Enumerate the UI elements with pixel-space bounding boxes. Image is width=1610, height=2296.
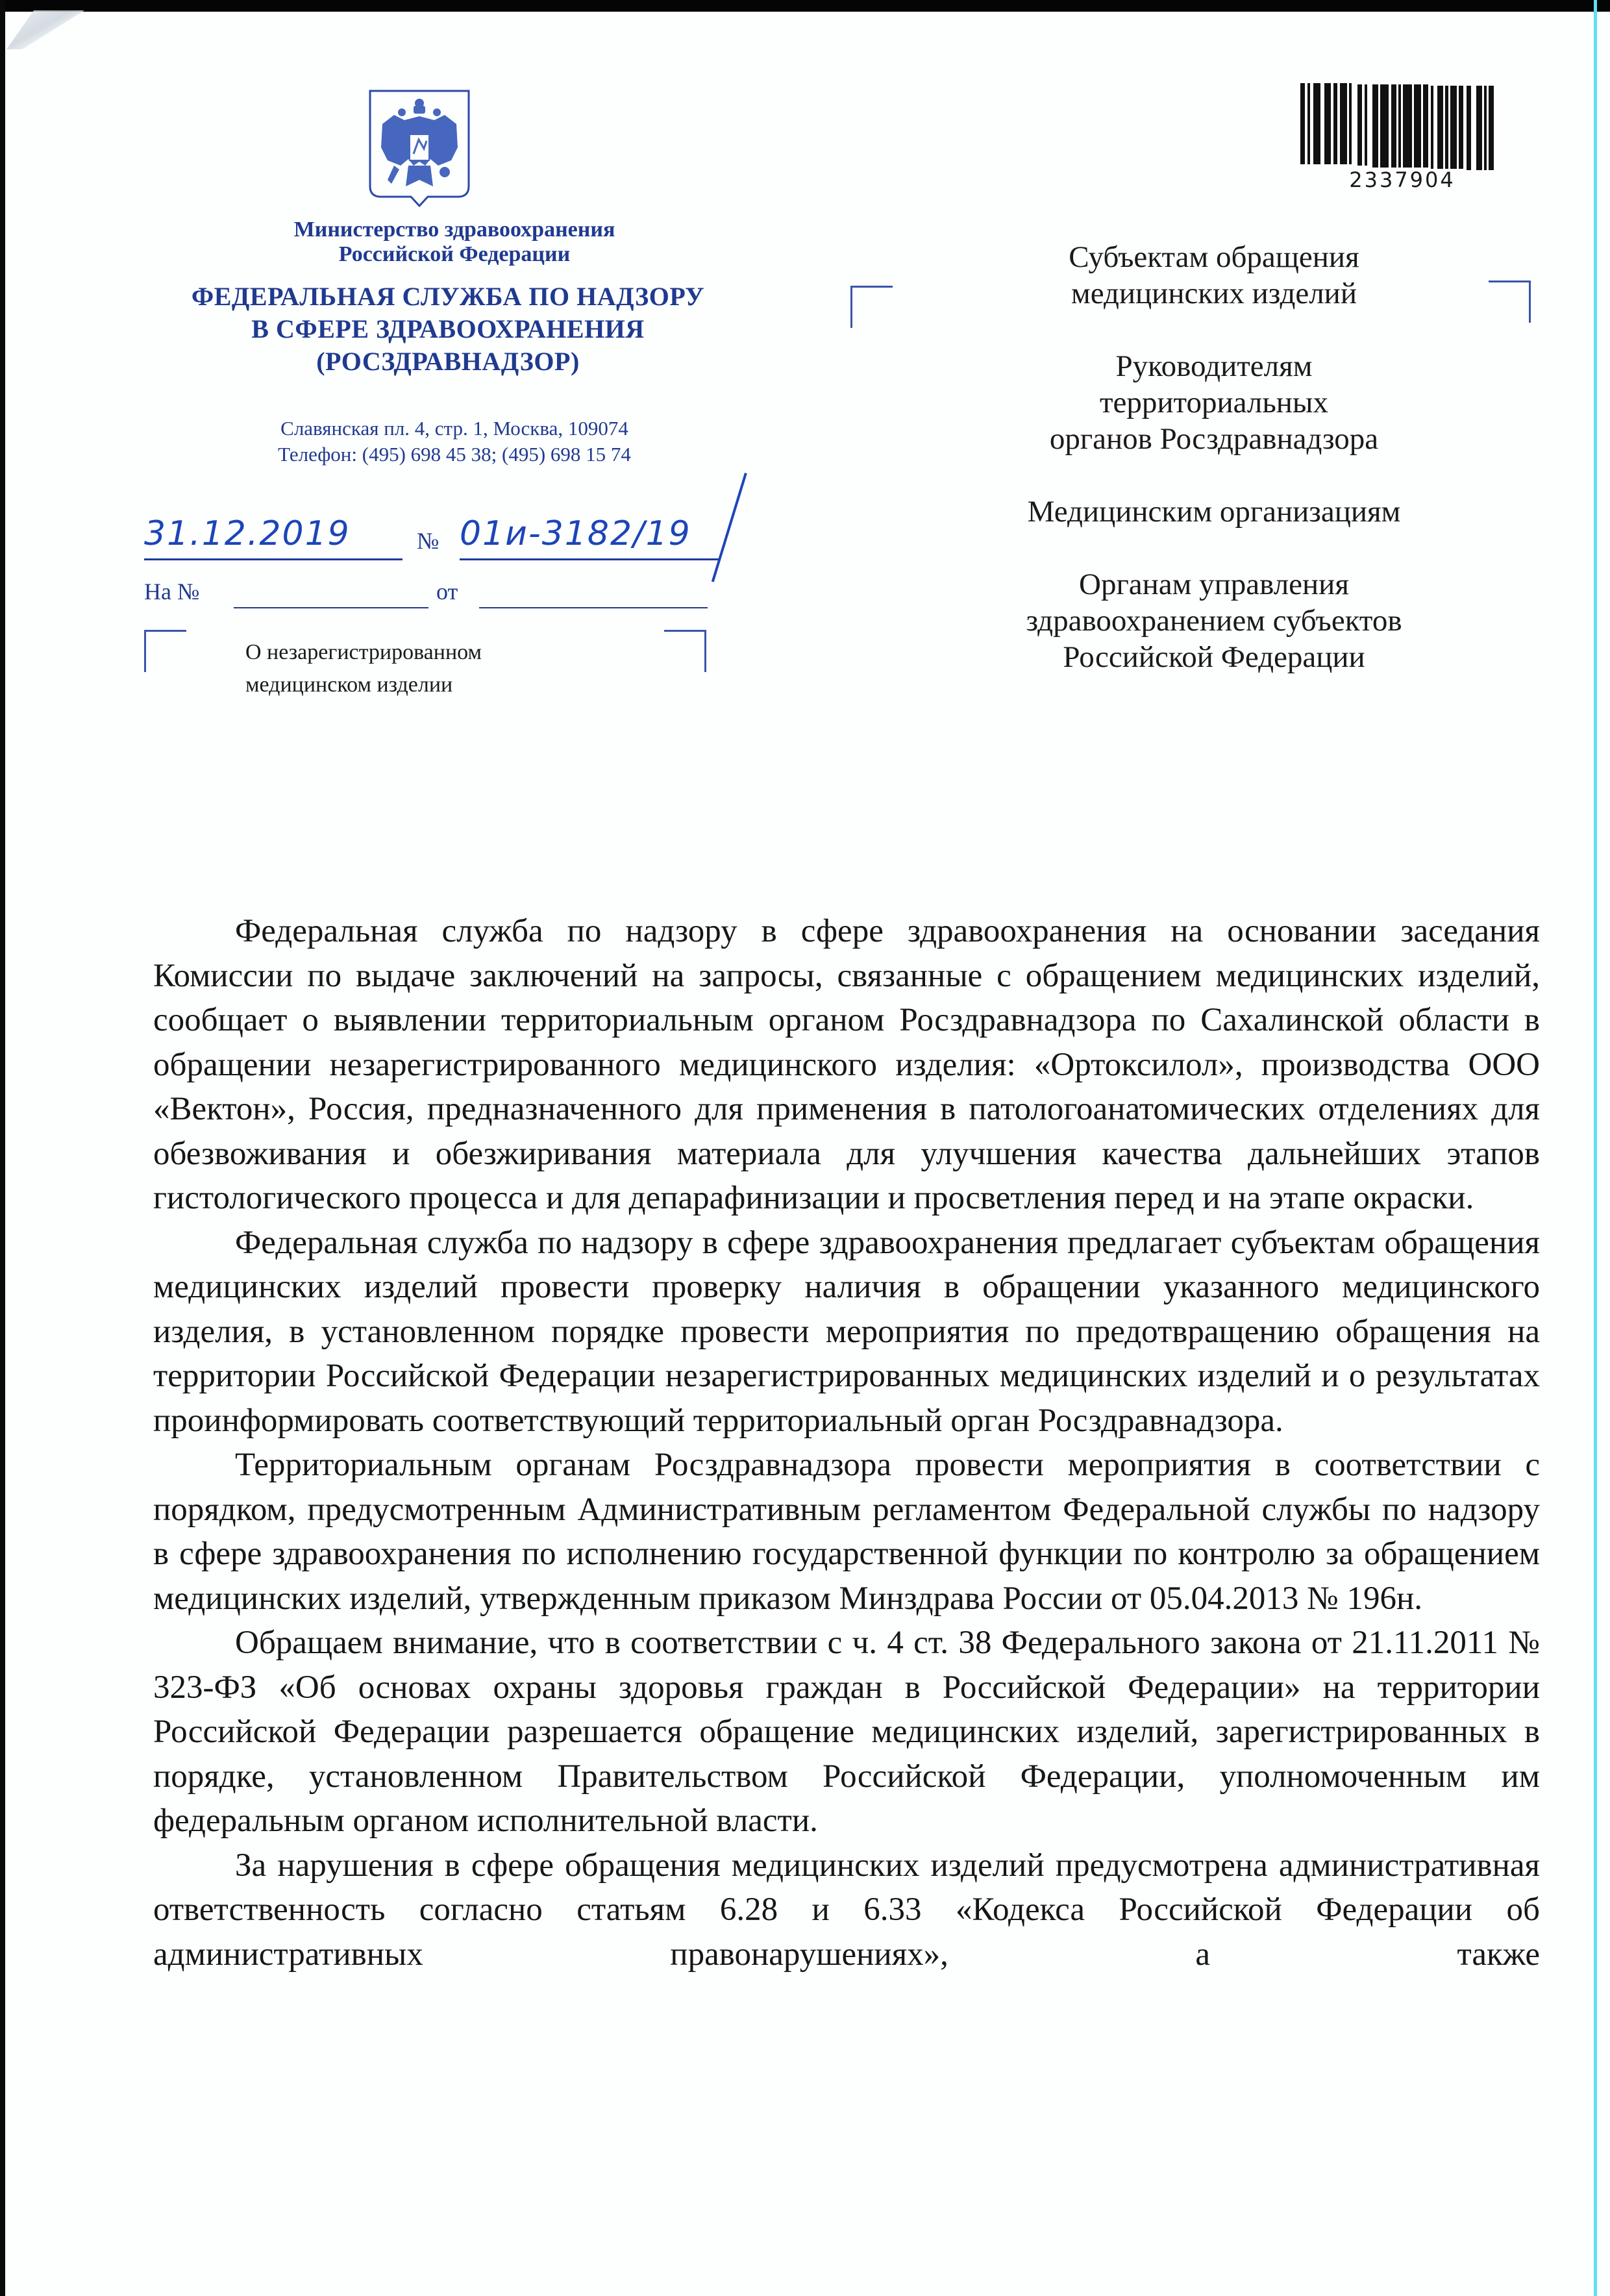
addressee-line: Российской Федерации	[902, 639, 1526, 675]
letter-body: Федеральная служба по надзору в сфере зд…	[153, 909, 1540, 1977]
addressee-health-authorities: Органам управления здравоохранением субъ…	[902, 566, 1526, 675]
registration-date: 31.12.2019	[144, 514, 351, 553]
service-name: ФЕДЕРАЛЬНАЯ СЛУЖБА ПО НАДЗОРУ В СФЕРЕ ЗД…	[123, 281, 773, 378]
barcode	[1300, 83, 1495, 171]
addressee-subjects: Субъектам обращения медицинских изделий	[902, 239, 1526, 312]
addressee-line: территориальных	[902, 384, 1526, 421]
body-paragraph-2: Федеральная служба по надзору в сфере зд…	[153, 1221, 1540, 1443]
addressee-bracket-left	[850, 286, 893, 328]
body-paragraph-1: Федеральная служба по надзору в сфере зд…	[153, 909, 1540, 1221]
addressee-line: медицинских изделий	[902, 275, 1526, 312]
addressee-medical-orgs: Медицинским организациям	[902, 493, 1526, 530]
scan-left-edge	[0, 0, 5, 2296]
handwritten-slash	[712, 473, 747, 582]
addressee-line: Субъектам обращения	[902, 239, 1526, 275]
service-line-2: В СФЕРЕ ЗДРАВООХРАНЕНИЯ	[123, 313, 773, 345]
number-underline	[460, 558, 719, 560]
addressee-line: Органам управления	[902, 566, 1526, 603]
service-line-1: ФЕДЕРАЛЬНАЯ СЛУЖБА ПО НАДЗОРУ	[123, 281, 773, 313]
date-underline	[144, 558, 402, 560]
subject-bracket-left	[144, 630, 186, 672]
subject-bracket-right	[664, 630, 706, 672]
russian-coat-of-arms-icon	[368, 89, 471, 207]
reply-reference: На №	[144, 578, 199, 605]
contact-block: Славянская пл. 4, стр. 1, Москва, 109074…	[162, 416, 747, 468]
registration-number: 01и-3182/19	[460, 514, 691, 553]
ministry-line-2: Российской Федерации	[162, 242, 747, 267]
ministry-line-1: Министерство здравоохранения	[162, 218, 747, 242]
body-paragraph-5: За нарушения в сфере обращения медицинск…	[153, 1843, 1540, 1977]
ministry-name: Министерство здравоохранения Российской …	[162, 218, 747, 267]
number-sign: №	[417, 527, 439, 555]
scan-top-edge	[0, 0, 1610, 12]
reply-date-field	[479, 607, 708, 608]
addressee-territorial-heads: Руководителям территориальных органов Ро…	[902, 348, 1526, 457]
addressee-line: органов Росздравнадзора	[902, 421, 1526, 457]
reply-number-label: На №	[144, 579, 199, 605]
service-line-3: (РОСЗДРАВНАДЗОР)	[123, 345, 773, 378]
reply-from: от	[436, 578, 458, 605]
body-paragraph-3: Территориальным органам Росздравнадзора …	[153, 1443, 1540, 1621]
addressee-block: Субъектам обращения медицинских изделий …	[902, 239, 1526, 712]
scan-right-edge	[1594, 0, 1597, 2296]
reply-from-label: от	[436, 579, 458, 605]
addressee-line: Руководителям	[902, 348, 1526, 384]
body-paragraph-4: Обращаем внимание, что в соответствии с …	[153, 1621, 1540, 1843]
reply-number-field	[234, 607, 428, 608]
subject-line-2: медицинском изделии	[245, 669, 482, 701]
addressee-line: здравоохранением субъектов	[902, 603, 1526, 639]
phone-numbers: Телефон: (495) 698 45 38; (495) 698 15 7…	[162, 442, 747, 468]
addressee-line: Медицинским организациям	[902, 493, 1526, 530]
folded-corner	[6, 10, 84, 49]
barcode-number: 2337904	[1331, 168, 1474, 192]
subject-line-1: О незарегистрированном	[245, 636, 482, 669]
letter-subject: О незарегистрированном медицинском издел…	[245, 636, 482, 701]
postal-address: Славянская пл. 4, стр. 1, Москва, 109074	[162, 416, 747, 442]
